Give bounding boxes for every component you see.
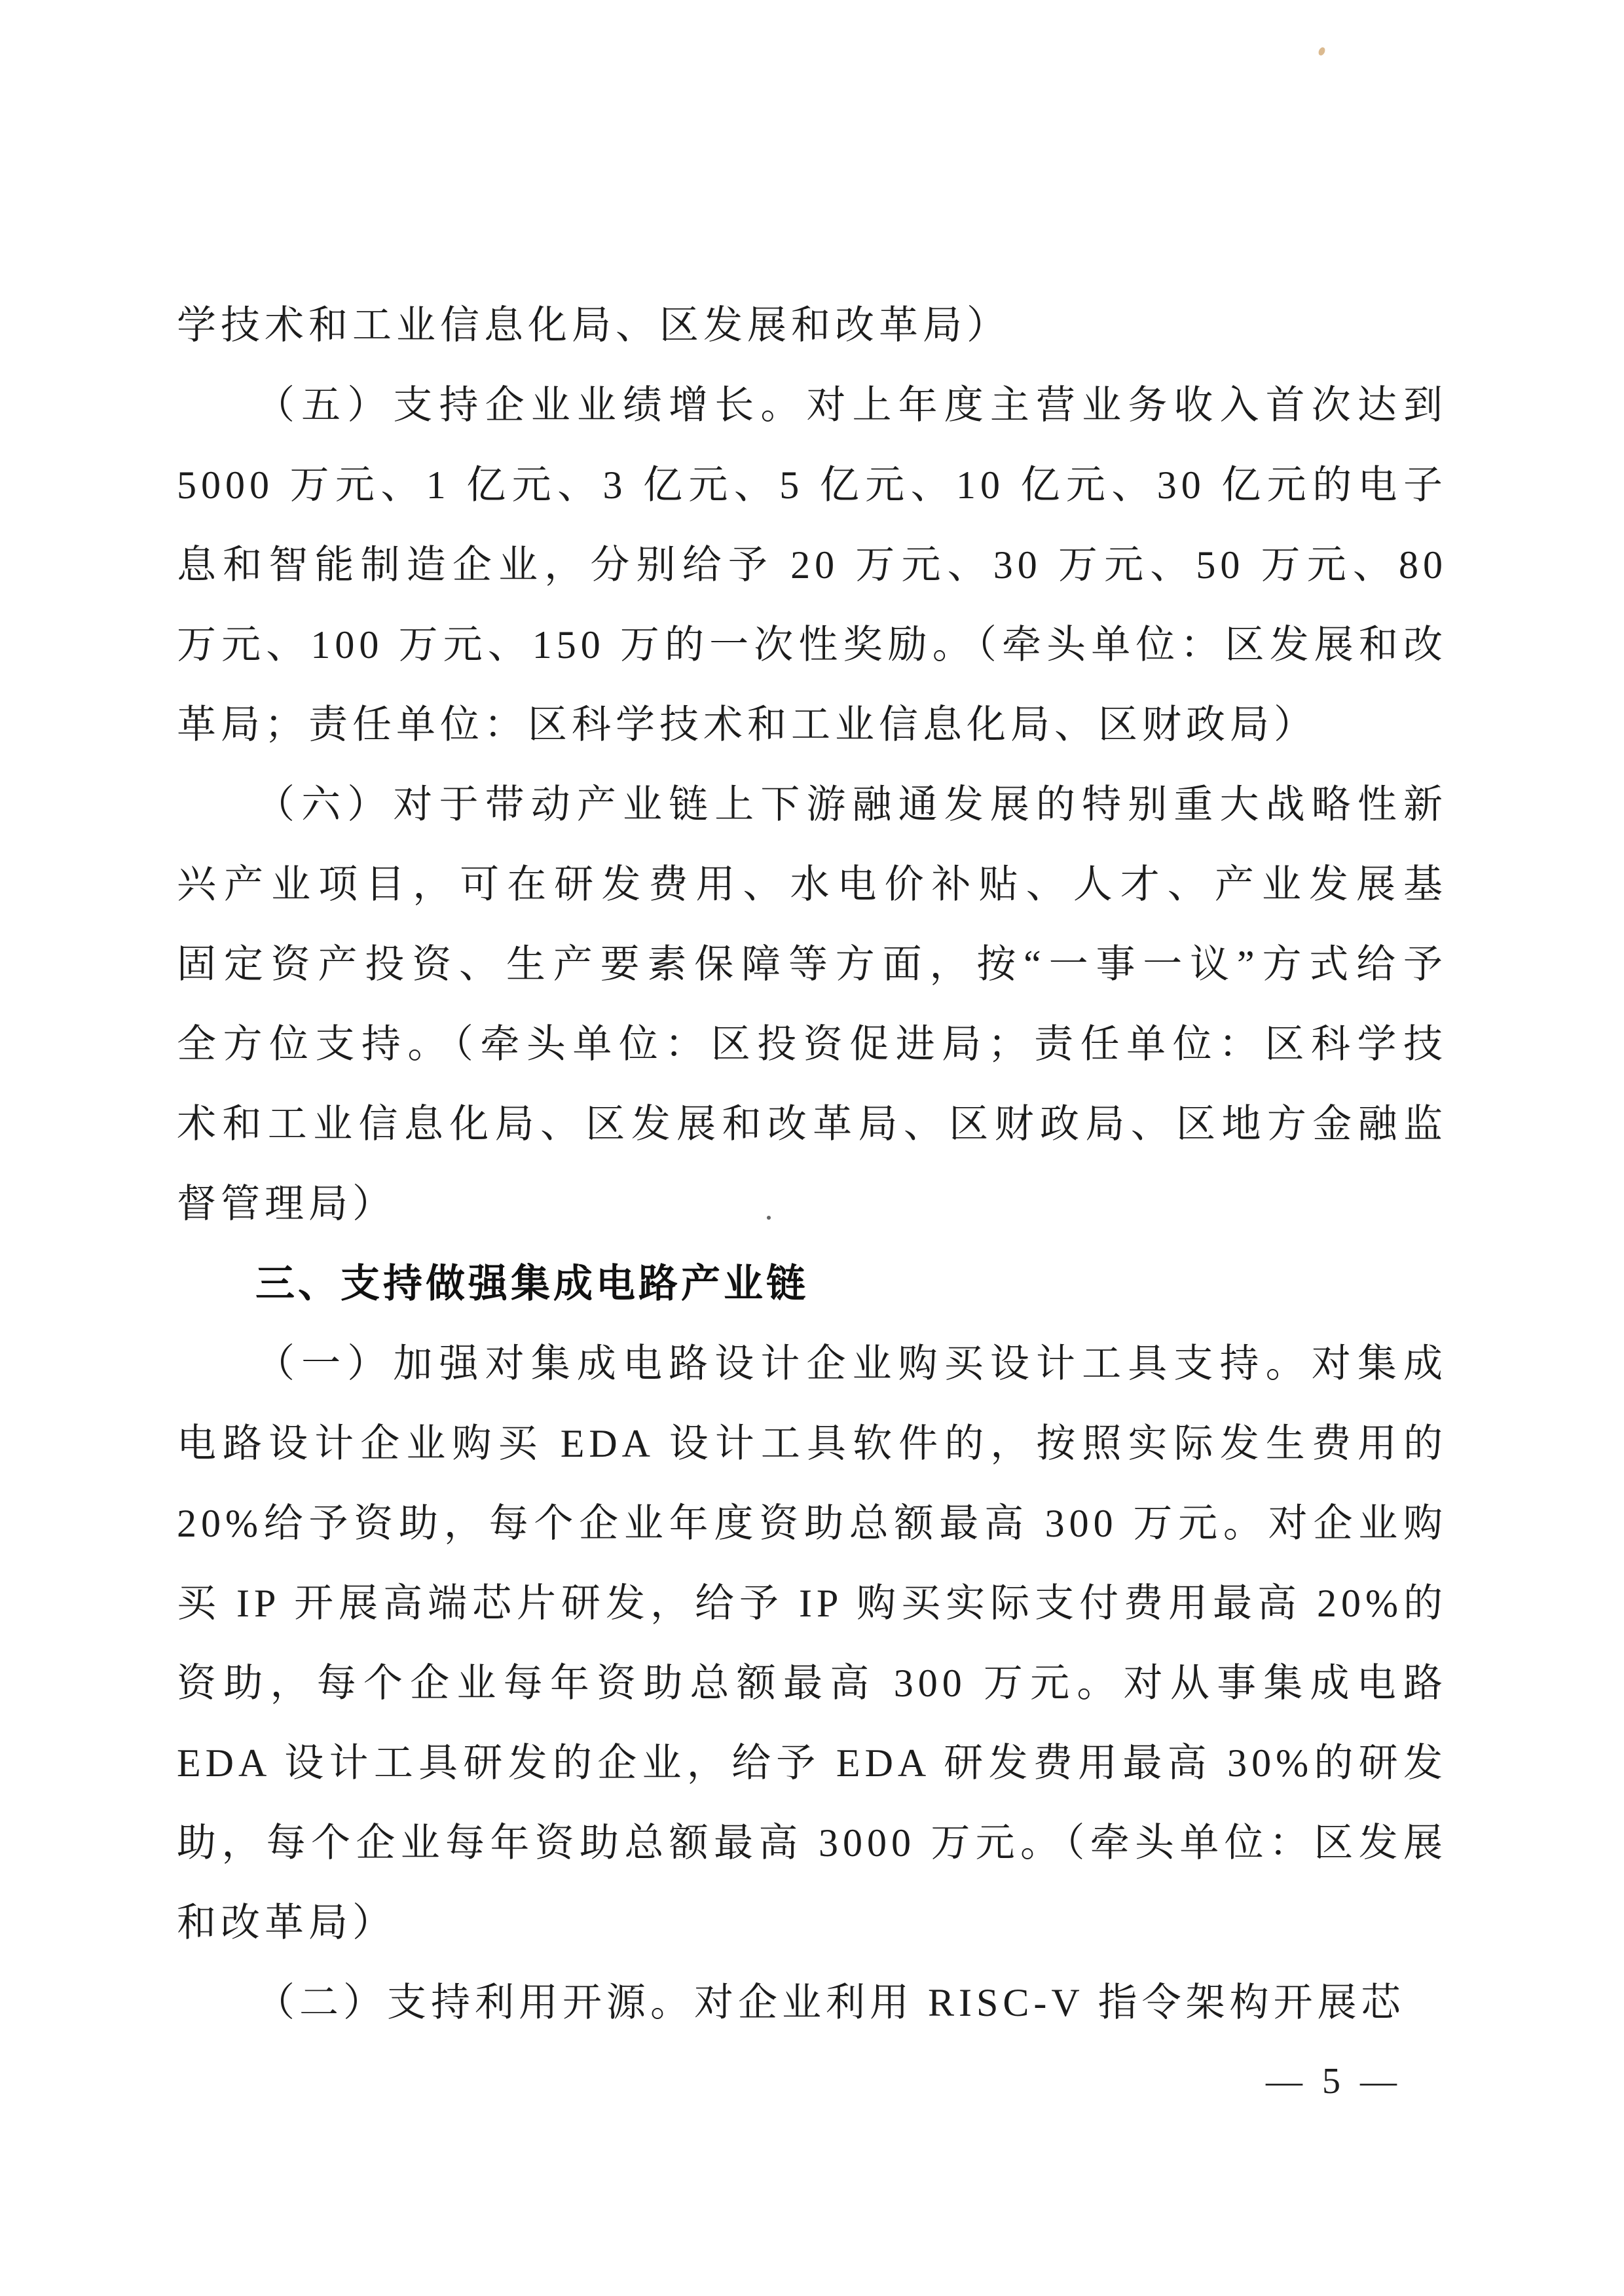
text-line: 兴产业项目，可在研发费用、水电价补贴、人才、产业发展基金、	[177, 845, 1447, 924]
text-line: 督管理局）	[177, 1164, 1447, 1244]
text-line: 电路设计企业购买 EDA 设计工具软件的，按照实际发生费用的	[177, 1404, 1447, 1484]
text-line: 万元、100 万元、150 万的一次性奖励。（牵头单位：区发展和改	[177, 605, 1447, 685]
section-heading-line: 三、支持做强集成电路产业链	[177, 1244, 1447, 1324]
text-line: （一）加强对集成电路设计企业购买设计工具支持。对集成	[177, 1324, 1447, 1404]
document-text-block: 学技术和工业信息化局、区发展和改革局）（五）支持企业业绩增长。对上年度主营业务收…	[177, 285, 1447, 2043]
paragraph: （二）支持利用开源。对企业利用 RISC-V 指令架构开展芯	[177, 1963, 1447, 2043]
text-line: 20%给予资助，每个企业年度资助总额最高 300 万元。对企业购	[177, 1484, 1447, 1563]
paragraph: 学技术和工业信息化局、区发展和改革局）	[177, 285, 1447, 365]
scan-artifact-tan-speck	[1318, 46, 1327, 57]
text-line: 革局；责任单位：区科学技术和工业信息化局、区财政局）	[177, 685, 1447, 765]
text-line: 固定资产投资、生产要素保障等方面，按“一事一议”方式给予	[177, 924, 1447, 1004]
text-line: 术和工业信息化局、区发展和改革局、区财政局、区地方金融监	[177, 1084, 1447, 1164]
paragraph: （五）支持企业业绩增长。对上年度主营业务收入首次达到5000 万元、1 亿元、3…	[177, 365, 1447, 765]
text-line: 助，每个企业每年资助总额最高 3000 万元。（牵头单位：区发展	[177, 1803, 1447, 1883]
text-line: EDA 设计工具研发的企业，给予 EDA 研发费用最高 30%的研发资	[177, 1723, 1447, 1803]
text-line: 息和智能制造企业，分别给予 20 万元、30 万元、50 万元、80	[177, 525, 1447, 605]
text-line: 学技术和工业信息化局、区发展和改革局）	[177, 285, 1447, 365]
text-line: （六）对于带动产业链上下游融通发展的特别重大战略性新	[177, 765, 1447, 845]
text-line: 资助，每个企业每年资助总额最高 300 万元。对从事集成电路	[177, 1643, 1447, 1723]
text-line: 买 IP 开展高端芯片研发，给予 IP 购买实际支付费用最高 20%的	[177, 1563, 1447, 1643]
text-line: 全方位支持。（牵头单位：区投资促进局；责任单位：区科学技	[177, 1004, 1447, 1084]
section-heading: 三、支持做强集成电路产业链	[177, 1244, 1447, 1324]
text-line: 和改革局）	[177, 1883, 1447, 1963]
text-line: （二）支持利用开源。对企业利用 RISC-V 指令架构开展芯	[177, 1963, 1447, 2043]
document-page: 学技术和工业信息化局、区发展和改革局）（五）支持企业业绩增长。对上年度主营业务收…	[0, 0, 1624, 2296]
scan-artifact-gray-speck	[767, 1216, 771, 1220]
paragraph: （六）对于带动产业链上下游融通发展的特别重大战略性新兴产业项目，可在研发费用、水…	[177, 765, 1447, 1244]
text-line: 5000 万元、1 亿元、3 亿元、5 亿元、10 亿元、30 亿元的电子信	[177, 445, 1447, 525]
paragraph: （一）加强对集成电路设计企业购买设计工具支持。对集成电路设计企业购买 EDA 设…	[177, 1324, 1447, 1963]
page-number: — 5 —	[1266, 2061, 1402, 2102]
text-line: （五）支持企业业绩增长。对上年度主营业务收入首次达到	[177, 365, 1447, 445]
